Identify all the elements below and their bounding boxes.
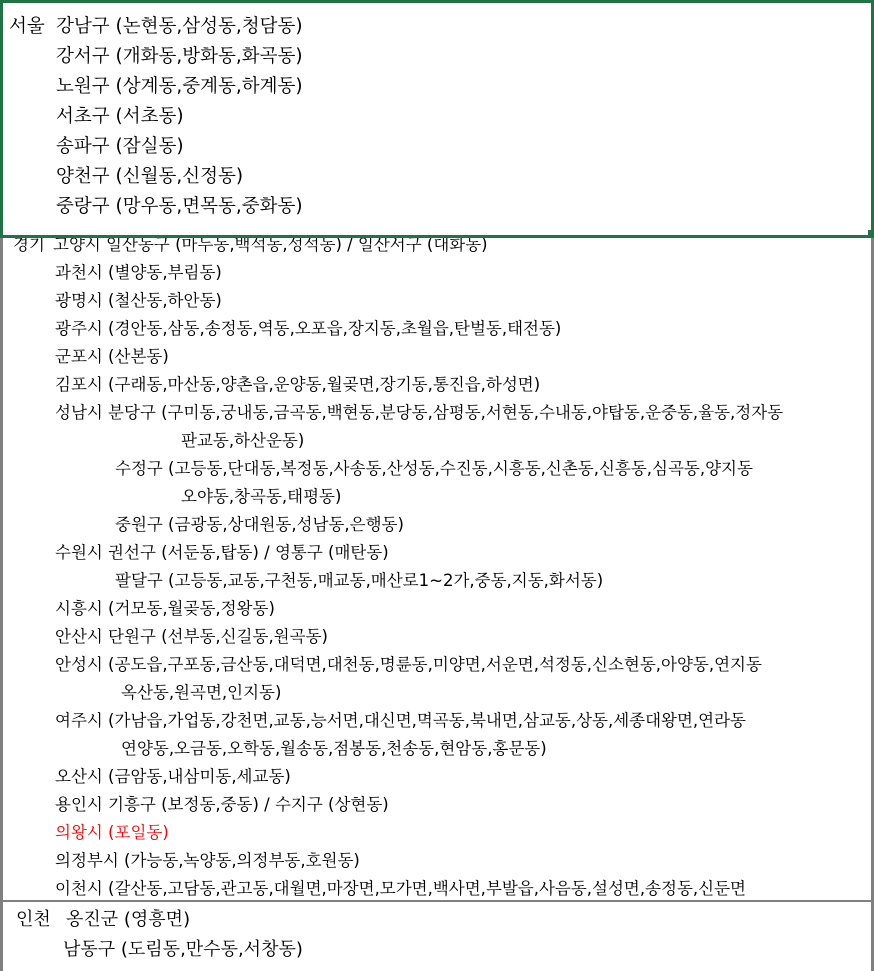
district-line: 이천시 (갈산동,고담동,관고동,대월면,마장면,모가면,백사면,부발읍,사음동… xyxy=(55,881,746,898)
district-line: 성남시 분당구 (구미동,궁내동,금곡동,백현동,분당동,삼평동,서현동,수내동… xyxy=(55,405,783,422)
district-line: 여주시 (가남읍,가업동,강천면,교동,능서면,대신면,멱곡동,북내면,삼교동,… xyxy=(55,713,746,730)
cell-incheon[interactable]: 인천 옹진군 (영흥면) 남동구 (도림동,만수동,서창동) xyxy=(3,900,871,971)
district-line: 군포시 (산본동) xyxy=(55,349,169,366)
district-line: 용인시 기흥구 (보정동,중동) / 수지구 (상현동) xyxy=(55,797,389,814)
region-label-incheon: 인천 xyxy=(16,911,51,929)
district-line: 중원구 (금광동,상대원동,성남동,은행동) xyxy=(115,517,404,534)
cell-gyeonggi[interactable]: 경기 고양시 일산동구 (마두동,백석동,성석동) / 일산서구 (대화동) 과… xyxy=(3,230,871,900)
district-line: 강남구 (논현동,삼성동,청담동) xyxy=(56,18,303,37)
district-line: 과천시 (별양동,부림동) xyxy=(55,265,222,282)
district-line-continued: 오야동,창곡동,태평동) xyxy=(181,489,341,506)
district-line: 양천구 (신월동,신정동) xyxy=(56,168,243,187)
selection-fill-handle[interactable] xyxy=(868,230,874,238)
district-line: 강서구 (개화동,방화동,화곡동) xyxy=(56,48,303,67)
district-line: 수원시 권선구 (서둔동,탑동) / 영통구 (매탄동) xyxy=(55,545,389,562)
district-line: 남동구 (도림동,만수동,서창동) xyxy=(63,941,303,959)
cell-seoul-selected[interactable]: 서울 강남구 (논현동,삼성동,청담동) 강서구 (개화동,방화동,화곡동) 노… xyxy=(0,0,874,238)
district-line: 광주시 (경안동,삼동,송정동,역동,오포읍,장지동,초월읍,탄벌동,태전동) xyxy=(55,321,561,338)
district-line-continued: 옥산동,원곡면,인지동) xyxy=(121,685,281,702)
district-line: 안성시 (공도읍,구포동,금산동,대덕면,대천동,명륜동,미양면,서운면,석정동… xyxy=(55,657,762,674)
district-line-highlighted: 의왕시 (포일동) xyxy=(55,825,169,842)
district-line: 오산시 (금암동,내삼미동,세교동) xyxy=(55,769,291,786)
district-line-continued: 판교동,하산운동) xyxy=(181,433,304,450)
district-line: 수정구 (고등동,단대동,복정동,사송동,산성동,수진동,시흥동,신촌동,신흥동… xyxy=(115,461,753,478)
region-label-gyeonggi: 경기 xyxy=(13,237,45,254)
region-label-seoul: 서울 xyxy=(9,18,45,37)
spreadsheet-grid: 서울 강남구 (논현동,삼성동,청담동) 강서구 (개화동,방화동,화곡동) 노… xyxy=(0,0,874,971)
district-line: 안산시 단원구 (선부동,신길동,원곡동) xyxy=(55,629,328,646)
district-line: 광명시 (철산동,하안동) xyxy=(55,293,222,310)
district-line: 중랑구 (망우동,면목동,중화동) xyxy=(56,198,303,217)
district-line: 팔달구 (고등동,교동,구천동,매교동,매산로1~2가,중동,지동,화서동) xyxy=(115,573,603,590)
district-line: 옹진군 (영흥면) xyxy=(66,911,190,929)
district-line-continued: 연양동,오금동,오학동,월송동,점봉동,천송동,현암동,홍문동) xyxy=(121,741,547,758)
district-line: 노원구 (상계동,중계동,하계동) xyxy=(56,78,303,97)
district-line: 서초구 (서초동) xyxy=(56,108,184,127)
district-line: 송파구 (잠실동) xyxy=(56,138,184,157)
district-line: 김포시 (구래동,마산동,양촌읍,운양동,월곶면,장기동,통진읍,하성면) xyxy=(55,377,540,394)
district-line: 고양시 일산동구 (마두동,백석동,성석동) / 일산서구 (대화동) xyxy=(53,237,488,254)
district-line: 의정부시 (가능동,녹양동,의정부동,호원동) xyxy=(55,853,360,870)
district-line: 시흥시 (거모동,월곶동,정왕동) xyxy=(55,601,275,618)
